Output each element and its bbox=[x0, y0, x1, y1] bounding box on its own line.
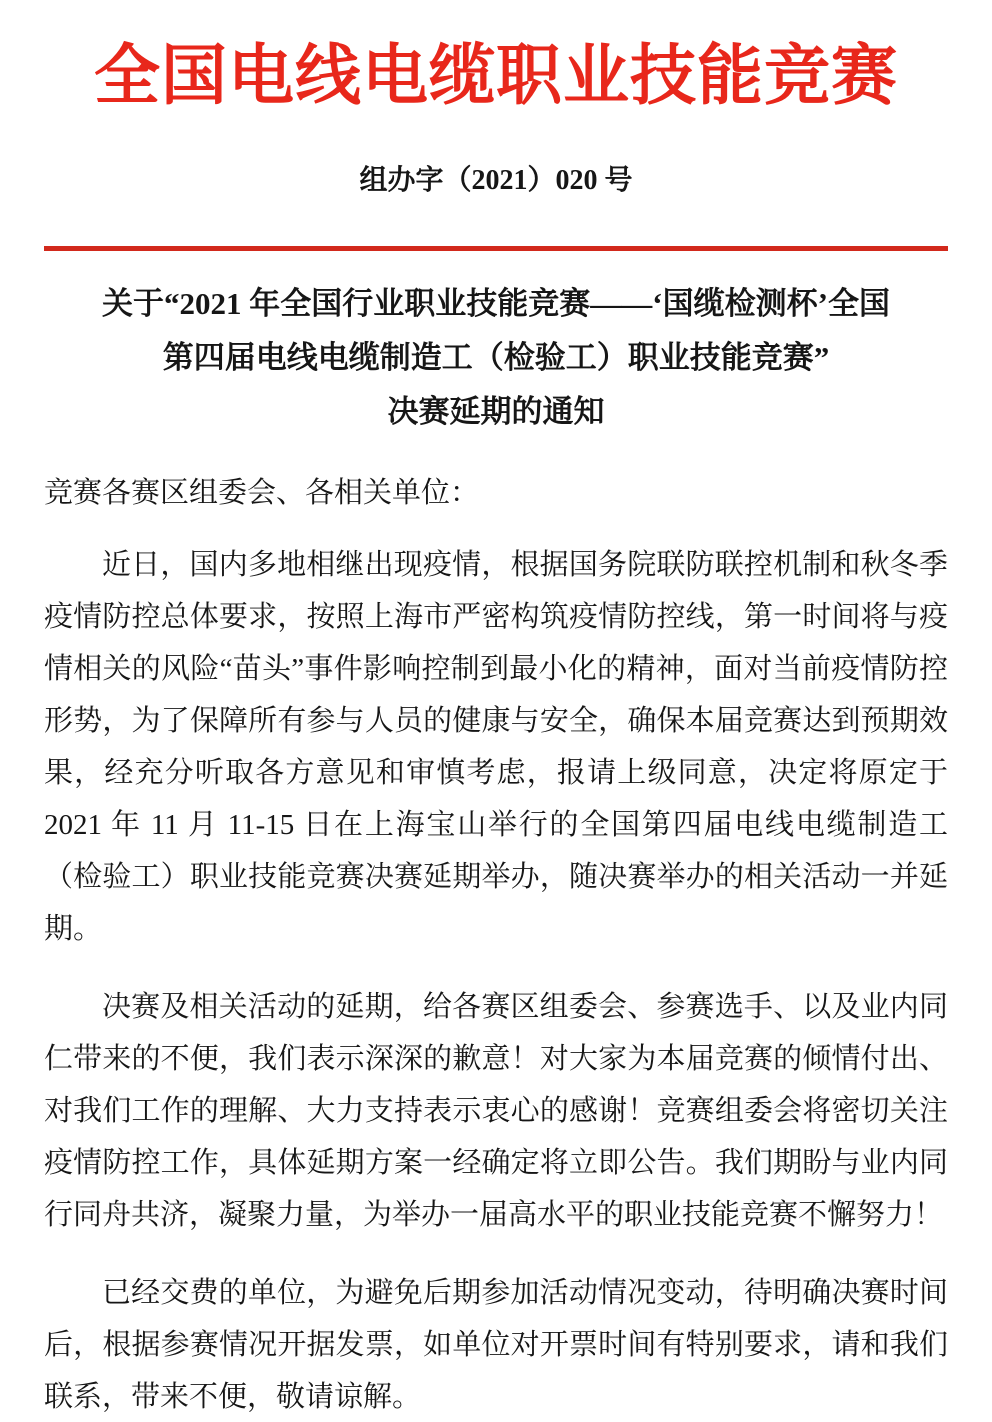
notice-title-line-1: 关于“2021 年全国行业职业技能竞赛——‘国缆检测杯’全国 bbox=[44, 277, 948, 331]
body-paragraph-1: 近日，国内多地相继出现疫情，根据国务院联防联控机制和秋冬季疫情防控总体要求，按照… bbox=[44, 539, 948, 955]
body-paragraph-3: 已经交费的单位，为避免后期参加活动情况变动，待明确决赛时间后，根据参赛情况开据发… bbox=[44, 1267, 948, 1422]
notice-title: 关于“2021 年全国行业职业技能竞赛——‘国缆检测杯’全国 第四届电线电缆制造… bbox=[44, 277, 948, 439]
header-divider-rule bbox=[44, 246, 948, 251]
notice-title-line-2: 第四届电线电缆制造工（检验工）职业技能竞赛” bbox=[44, 331, 948, 385]
salutation-line: 竞赛各赛区组委会、各相关单位： bbox=[44, 467, 948, 519]
body-paragraph-2: 决赛及相关活动的延期，给各赛区组委会、参赛选手、以及业内同仁带来的不便，我们表示… bbox=[44, 981, 948, 1241]
notice-document-page: 全国电线电缆职业技能竞赛 组办字（2021）020 号 关于“2021 年全国行… bbox=[0, 0, 992, 1422]
document-number: 组办字（2021）020 号 bbox=[44, 166, 948, 196]
competition-banner-title: 全国电线电缆职业技能竞赛 bbox=[44, 36, 948, 114]
notice-title-line-3: 决赛延期的通知 bbox=[44, 385, 948, 439]
